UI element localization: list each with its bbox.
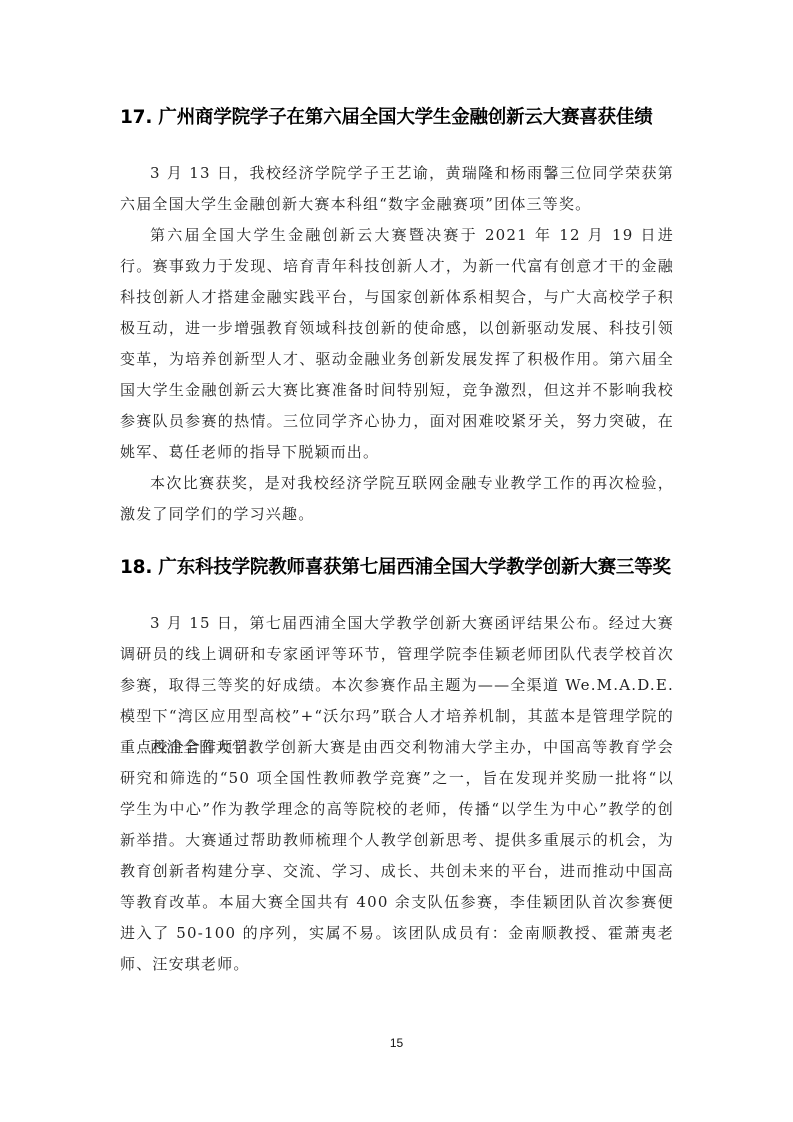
section-heading-17: 17. 广州商学院学子在第六届全国大学生金融创新云大赛喜获佳绩 (120, 105, 680, 131)
page-number: 15 (0, 1036, 793, 1050)
section-18-paragraph-2: 西浦全国大学教学创新大赛是由西交利物浦大学主办，中国高等教育学会研究和筛选的“5… (120, 732, 674, 980)
section-17-paragraph-1: 3 月 13 日，我校经济学院学子王艺谕，黄瑞隆和杨雨馨三位同学荣获第六届全国大… (120, 158, 674, 220)
section-heading-18: 18. 广东科技学院教师喜获第七届西浦全国大学教学创新大赛三等奖 (120, 555, 680, 581)
section-17-paragraph-3: 本次比赛获奖，是对我校经济学院互联网金融专业教学工作的再次检验，激发了同学们的学… (120, 468, 674, 530)
section-17-paragraph-2: 第六届全国大学生金融创新云大赛暨决赛于 2021 年 12 月 19 日进行。赛… (120, 220, 674, 468)
